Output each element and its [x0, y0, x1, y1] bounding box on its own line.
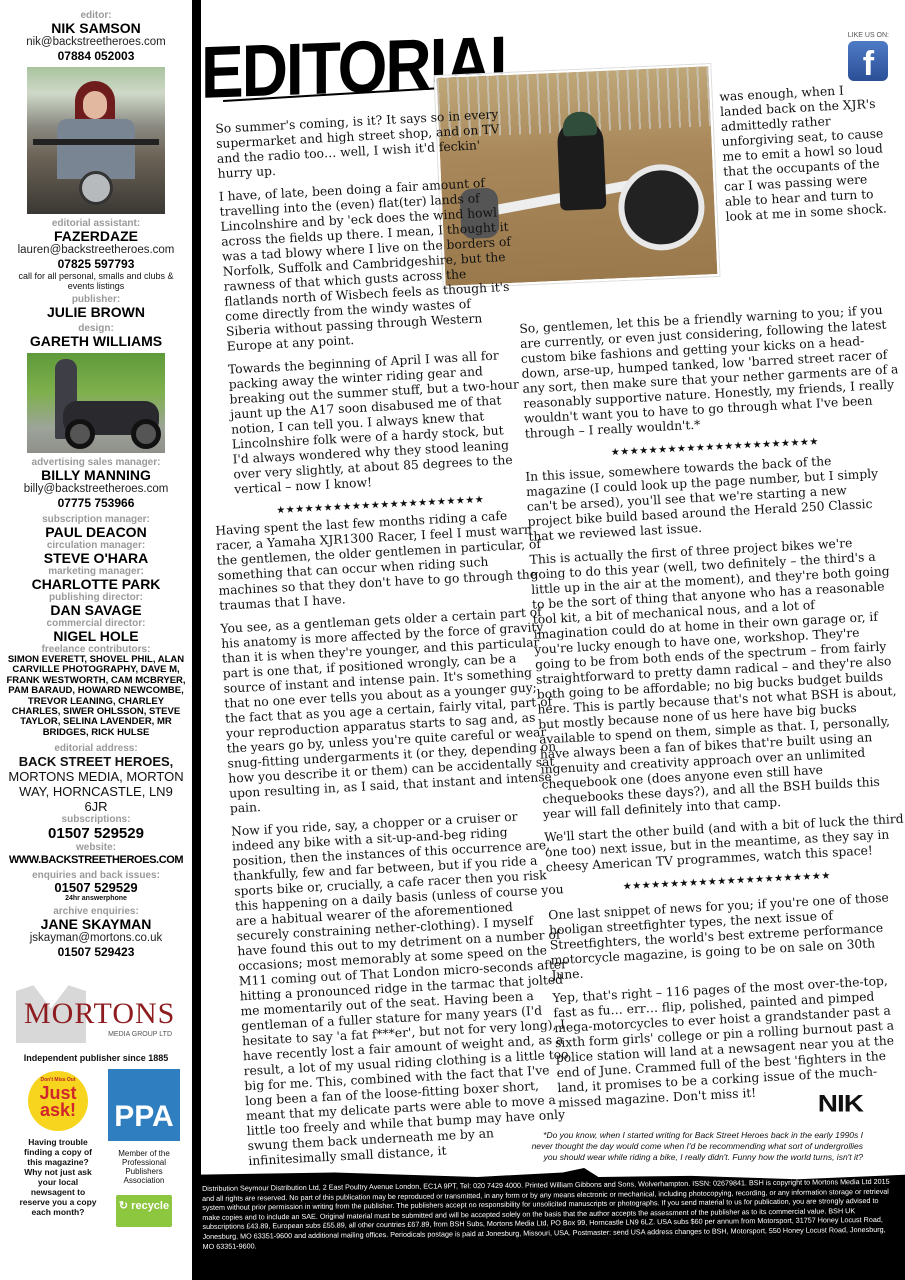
- article-column-2-top: was enough, when I landed back on the XJ…: [719, 81, 896, 233]
- legal-footer: Distribution Seymour Distribution Ltd, 2…: [192, 1168, 905, 1280]
- paragraph: was enough, when I landed back on the XJ…: [719, 81, 896, 225]
- independent-publisher: Independent publisher since 1885: [0, 1053, 192, 1063]
- paragraph: Having spent the last few months riding …: [215, 507, 549, 614]
- advertising-phone: 07775 753966: [0, 496, 192, 510]
- paragraph: I have, of late, been doing a fair amoun…: [219, 175, 517, 355]
- commercial-director-name: NIGEL HOLE: [0, 629, 192, 644]
- masthead-sidebar: editor: NIK SAMSON nik@backstreetheroes.…: [0, 0, 192, 1280]
- advertising-email[interactable]: billy@backstreetheroes.com: [0, 483, 192, 496]
- recycle-logo: ↻ recycle: [116, 1195, 172, 1227]
- assistant-phone: 07825 597793: [0, 257, 192, 271]
- archive-name: JANE SKAYMAN: [0, 917, 192, 932]
- freelance-contributors: SIMON EVERETT, SHOVEL PHIL, ALAN CARVILL…: [0, 655, 192, 738]
- assistant-email[interactable]: lauren@backstreetheroes.com: [0, 244, 192, 257]
- footnote: *Do you know, when I started writing for…: [531, 1130, 863, 1163]
- article-column-1-top: So summer's coming, is it? It says so in…: [215, 107, 526, 531]
- editor-name: NIK SAMSON: [0, 21, 192, 36]
- mortons-logo: MORTONS MEDIA GROUP LTD: [16, 985, 176, 1045]
- editorial-page: EDITORIAL LIKE US ON: f So summer's comi…: [201, 0, 905, 1280]
- answerphone-note: 24hr answerphone: [0, 895, 192, 903]
- design-name: GARETH WILLIAMS: [0, 334, 192, 349]
- subscription-name: PAUL DEACON: [0, 525, 192, 540]
- editor-phone: 07884 052003: [0, 49, 192, 63]
- ppa-logo: PPA: [108, 1069, 180, 1141]
- paragraph: Towards the beginning of April I was all…: [228, 347, 525, 497]
- paragraph: One last snippet of news for you; if you…: [548, 890, 905, 984]
- just-ask-logo: Don't Miss Out Just ask!: [28, 1071, 88, 1131]
- circulation-name: STEVE O'HARA: [0, 551, 192, 566]
- editor-photo: [27, 67, 165, 214]
- facebook-link[interactable]: LIKE US ON: f: [848, 32, 889, 81]
- sidebar-divider: [192, 0, 201, 1280]
- assistant-photo: [27, 353, 165, 453]
- advertising-name: BILLY MANNING: [0, 468, 192, 483]
- archive-phone: 01507 529423: [0, 945, 192, 959]
- address-bold: BACK STREET HEROES,: [19, 754, 174, 769]
- paragraph: So, gentlemen, let this be a friendly wa…: [519, 302, 903, 442]
- editorial-address: BACK STREET HEROES, MORTONS MEDIA, MORTO…: [0, 754, 192, 814]
- just-ask-note: Having trouble finding a copy of this ma…: [18, 1137, 98, 1217]
- enquiries-phone: 01507 529529: [0, 881, 192, 895]
- role-label: website:: [0, 842, 192, 853]
- facebook-icon[interactable]: f: [848, 41, 888, 81]
- ppa-note: Member of the Professional Publishers As…: [104, 1149, 184, 1185]
- subscriptions-phone: 01507 529529: [0, 825, 192, 842]
- publishing-director-name: DAN SAVAGE: [0, 603, 192, 618]
- paragraph: We'll start the other build (and with a …: [544, 812, 905, 876]
- archive-email[interactable]: jskayman@mortons.co.uk: [0, 932, 192, 945]
- address-rest: MORTONS MEDIA, MORTON WAY, HORNCASTLE, L…: [8, 769, 183, 814]
- article-column-1-bottom: Having spent the last few months riding …: [215, 507, 579, 1177]
- listings-note: call for all personal, smalls and clubs …: [0, 271, 192, 291]
- legal-text: Distribution Seymour Distribution Ltd, 2…: [202, 1177, 893, 1251]
- author-signoff: NIK: [818, 1090, 863, 1117]
- article-column-2-bottom: In this issue, somewhere towards the bac…: [525, 451, 905, 1119]
- assistant-name: FAZERDAZE: [0, 229, 192, 244]
- paragraph: Now if you ride, say, a chopper or a cru…: [231, 807, 579, 1169]
- paragraph: This is actually the first of three proj…: [529, 534, 903, 822]
- facebook-label: LIKE US ON:: [848, 32, 889, 39]
- role-label: editorial address:: [0, 743, 192, 754]
- website-link[interactable]: WWW.BACKSTREETHEROES.COM: [0, 853, 192, 867]
- paragraph: So summer's coming, is it? It says so in…: [215, 107, 508, 182]
- article-column-2-mid: So, gentlemen, let this be a friendly wa…: [519, 302, 904, 475]
- editor-email[interactable]: nik@backstreetheroes.com: [0, 36, 192, 49]
- paragraph: You see, as a gentleman gets older a cer…: [220, 605, 560, 817]
- publisher-name: JULIE BROWN: [0, 305, 192, 320]
- marketing-name: CHARLOTTE PARK: [0, 577, 192, 592]
- role-label: subscriptions:: [0, 814, 192, 825]
